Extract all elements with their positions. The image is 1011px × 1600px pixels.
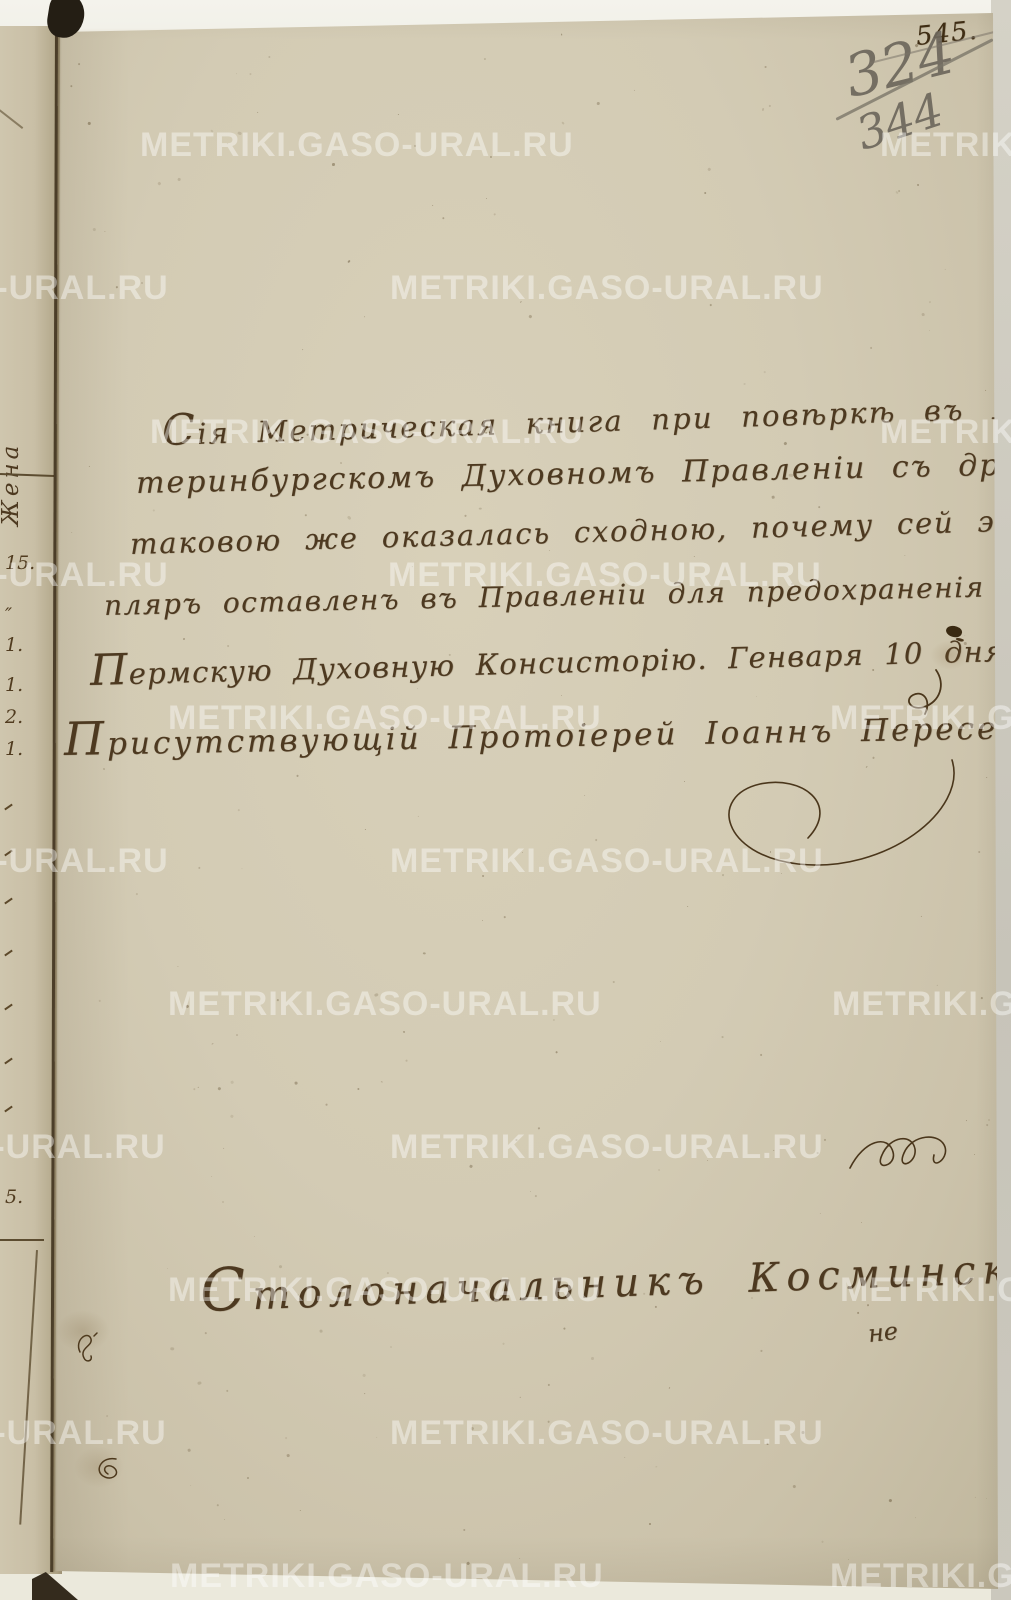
margin-rule-line — [0, 1239, 44, 1241]
date-flourish — [896, 666, 950, 724]
margin-entry-number: 1. — [5, 674, 23, 696]
scanned-document: Жена 15.″1.1.2.1.5. 545. 324 344 Сія Мет… — [0, 0, 1011, 1600]
margin-tick-mark — [4, 804, 13, 811]
paper-stain — [74, 1446, 124, 1488]
margin-entry-number: 5. — [5, 1186, 23, 1208]
clerk-signature-tail: не — [867, 1317, 900, 1348]
margin-tick-mark — [4, 950, 13, 957]
margin-tick-mark — [4, 850, 13, 857]
paper-stain — [930, 640, 970, 670]
paper-stain — [56, 1310, 110, 1352]
signature-flourish — [690, 752, 970, 892]
binding-mark-bottom — [32, 1572, 78, 1600]
document-page: 545. 324 344 Сія Метрическая книга при п… — [0, 0, 1011, 1600]
margin-entry-number: 15. — [5, 552, 35, 574]
margin-tick-mark — [4, 1106, 13, 1113]
margin-vertical-label: Жена — [0, 356, 24, 526]
margin-entry-number: 1. — [5, 738, 23, 760]
margin-tick-mark — [4, 1058, 13, 1065]
margin-tick-mark — [4, 898, 13, 905]
margin-entry-number: ″ — [5, 604, 12, 626]
margin-entry-number: 2. — [5, 706, 23, 728]
margin-tick-mark — [4, 1004, 13, 1011]
underlying-page-edge-line — [19, 1250, 37, 1525]
underlying-page-corner-line — [0, 109, 23, 129]
margin-entry-number: 1. — [5, 634, 23, 656]
paraph-scribble — [846, 1128, 958, 1182]
